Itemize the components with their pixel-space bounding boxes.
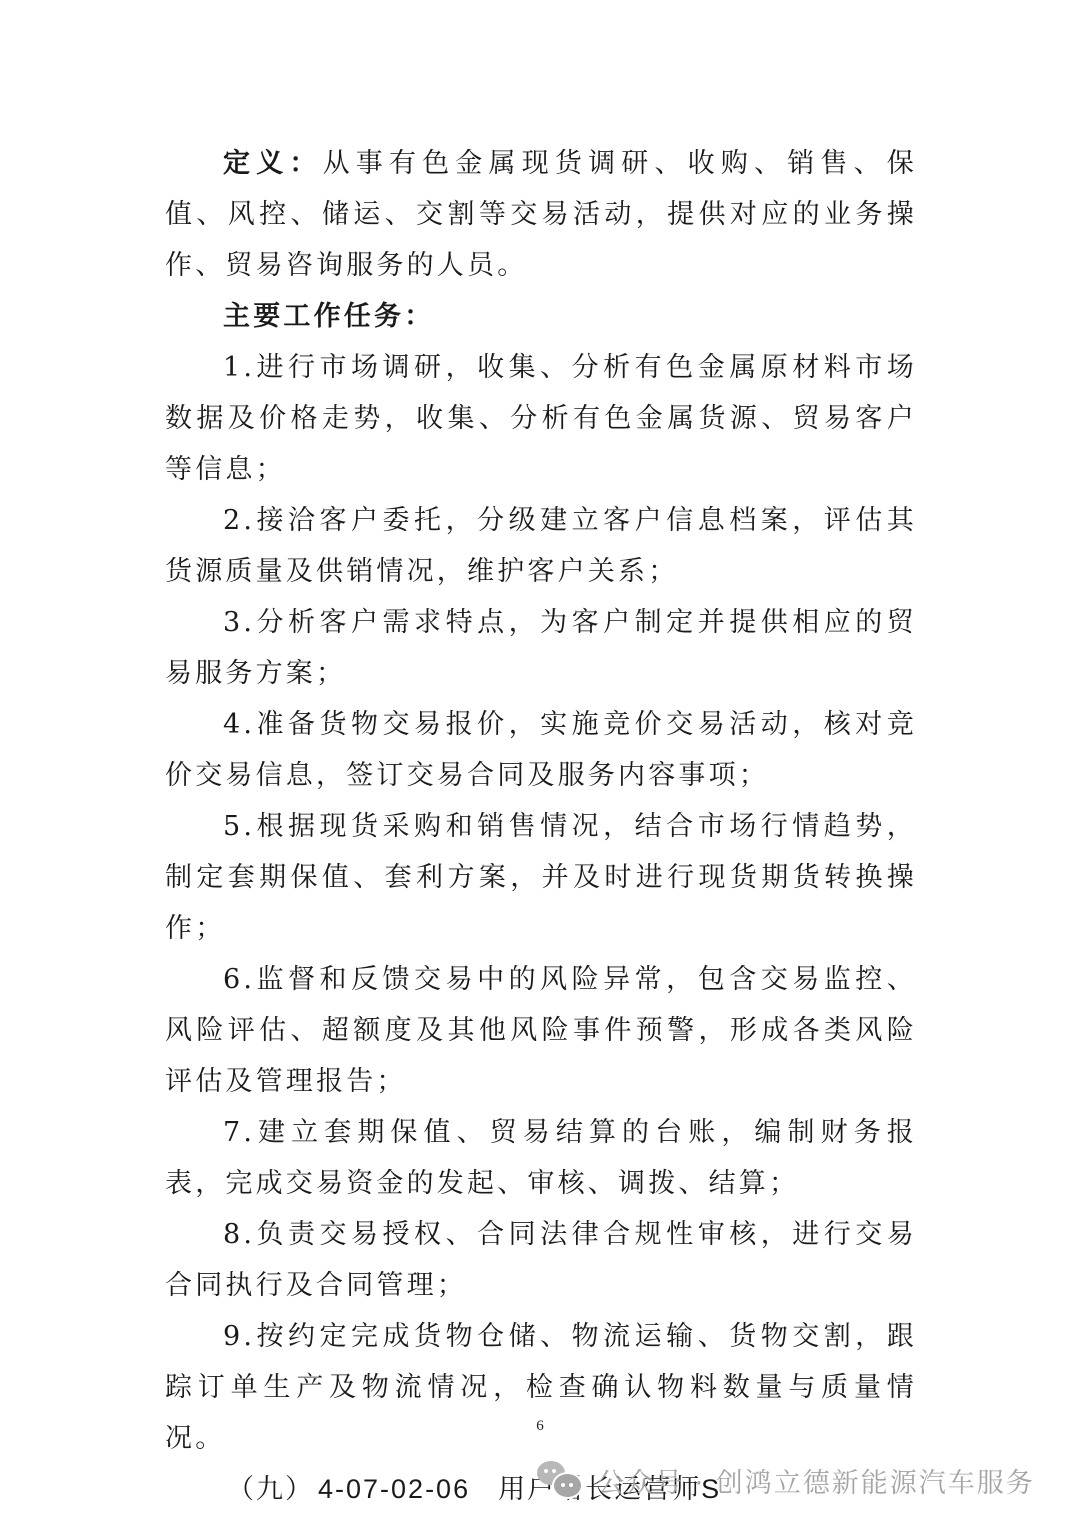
- section-number: （九）: [227, 1474, 314, 1504]
- task-item-3: 3.分析客户需求特点，为客户制定并提供相应的贸易服务方案；: [165, 597, 917, 699]
- watermark-text: 公众号 · 创鸿立德新能源汽车服务: [597, 1461, 1035, 1500]
- document-page: 定义：从事有色金属现货调研、收购、销售、保值、风控、储运、交割等交易活动，提供对…: [165, 138, 917, 1515]
- page-number: 6: [0, 1418, 1080, 1435]
- section-code: 4-07-02-06: [318, 1474, 470, 1504]
- task-item-7: 7.建立套期保值、贸易结算的台账，编制财务报表，完成交易资金的发起、审核、调拨、…: [165, 1107, 917, 1209]
- task-item-2: 2.接洽客户委托，分级建立客户信息档案，评估其货源质量及供销情况，维护客户关系；: [165, 495, 917, 597]
- definition-label: 定义：: [223, 148, 323, 179]
- task-item-8: 8.负责交易授权、合同法律合规性审核，进行交易合同执行及合同管理；: [165, 1209, 917, 1311]
- tasks-heading: 主要工作任务：: [165, 291, 917, 342]
- definition-paragraph: 定义：从事有色金属现货调研、收购、销售、保值、风控、储运、交割等交易活动，提供对…: [165, 138, 917, 291]
- watermark: 公众号 · 创鸿立德新能源汽车服务: [537, 1460, 1035, 1500]
- task-item-4: 4.准备货物交易报价，实施竞价交易活动，核对竞价交易信息，签订交易合同及服务内容…: [165, 699, 917, 801]
- task-item-6: 6.监督和反馈交易中的风险异常，包含交易监控、风险评估、超额度及其他风险事件预警…: [165, 954, 917, 1107]
- task-item-5: 5.根据现货采购和销售情况，结合市场行情趋势，制定套期保值、套利方案，并及时进行…: [165, 801, 917, 954]
- task-item-1: 1.进行市场调研，收集、分析有色金属原材料市场数据及价格走势，收集、分析有色金属…: [165, 342, 917, 495]
- task-item-9: 9.按约定完成货物仓储、物流运输、货物交割，跟踪订单生产及物流情况，检查确认物料…: [165, 1311, 917, 1464]
- wechat-icon: [537, 1461, 583, 1499]
